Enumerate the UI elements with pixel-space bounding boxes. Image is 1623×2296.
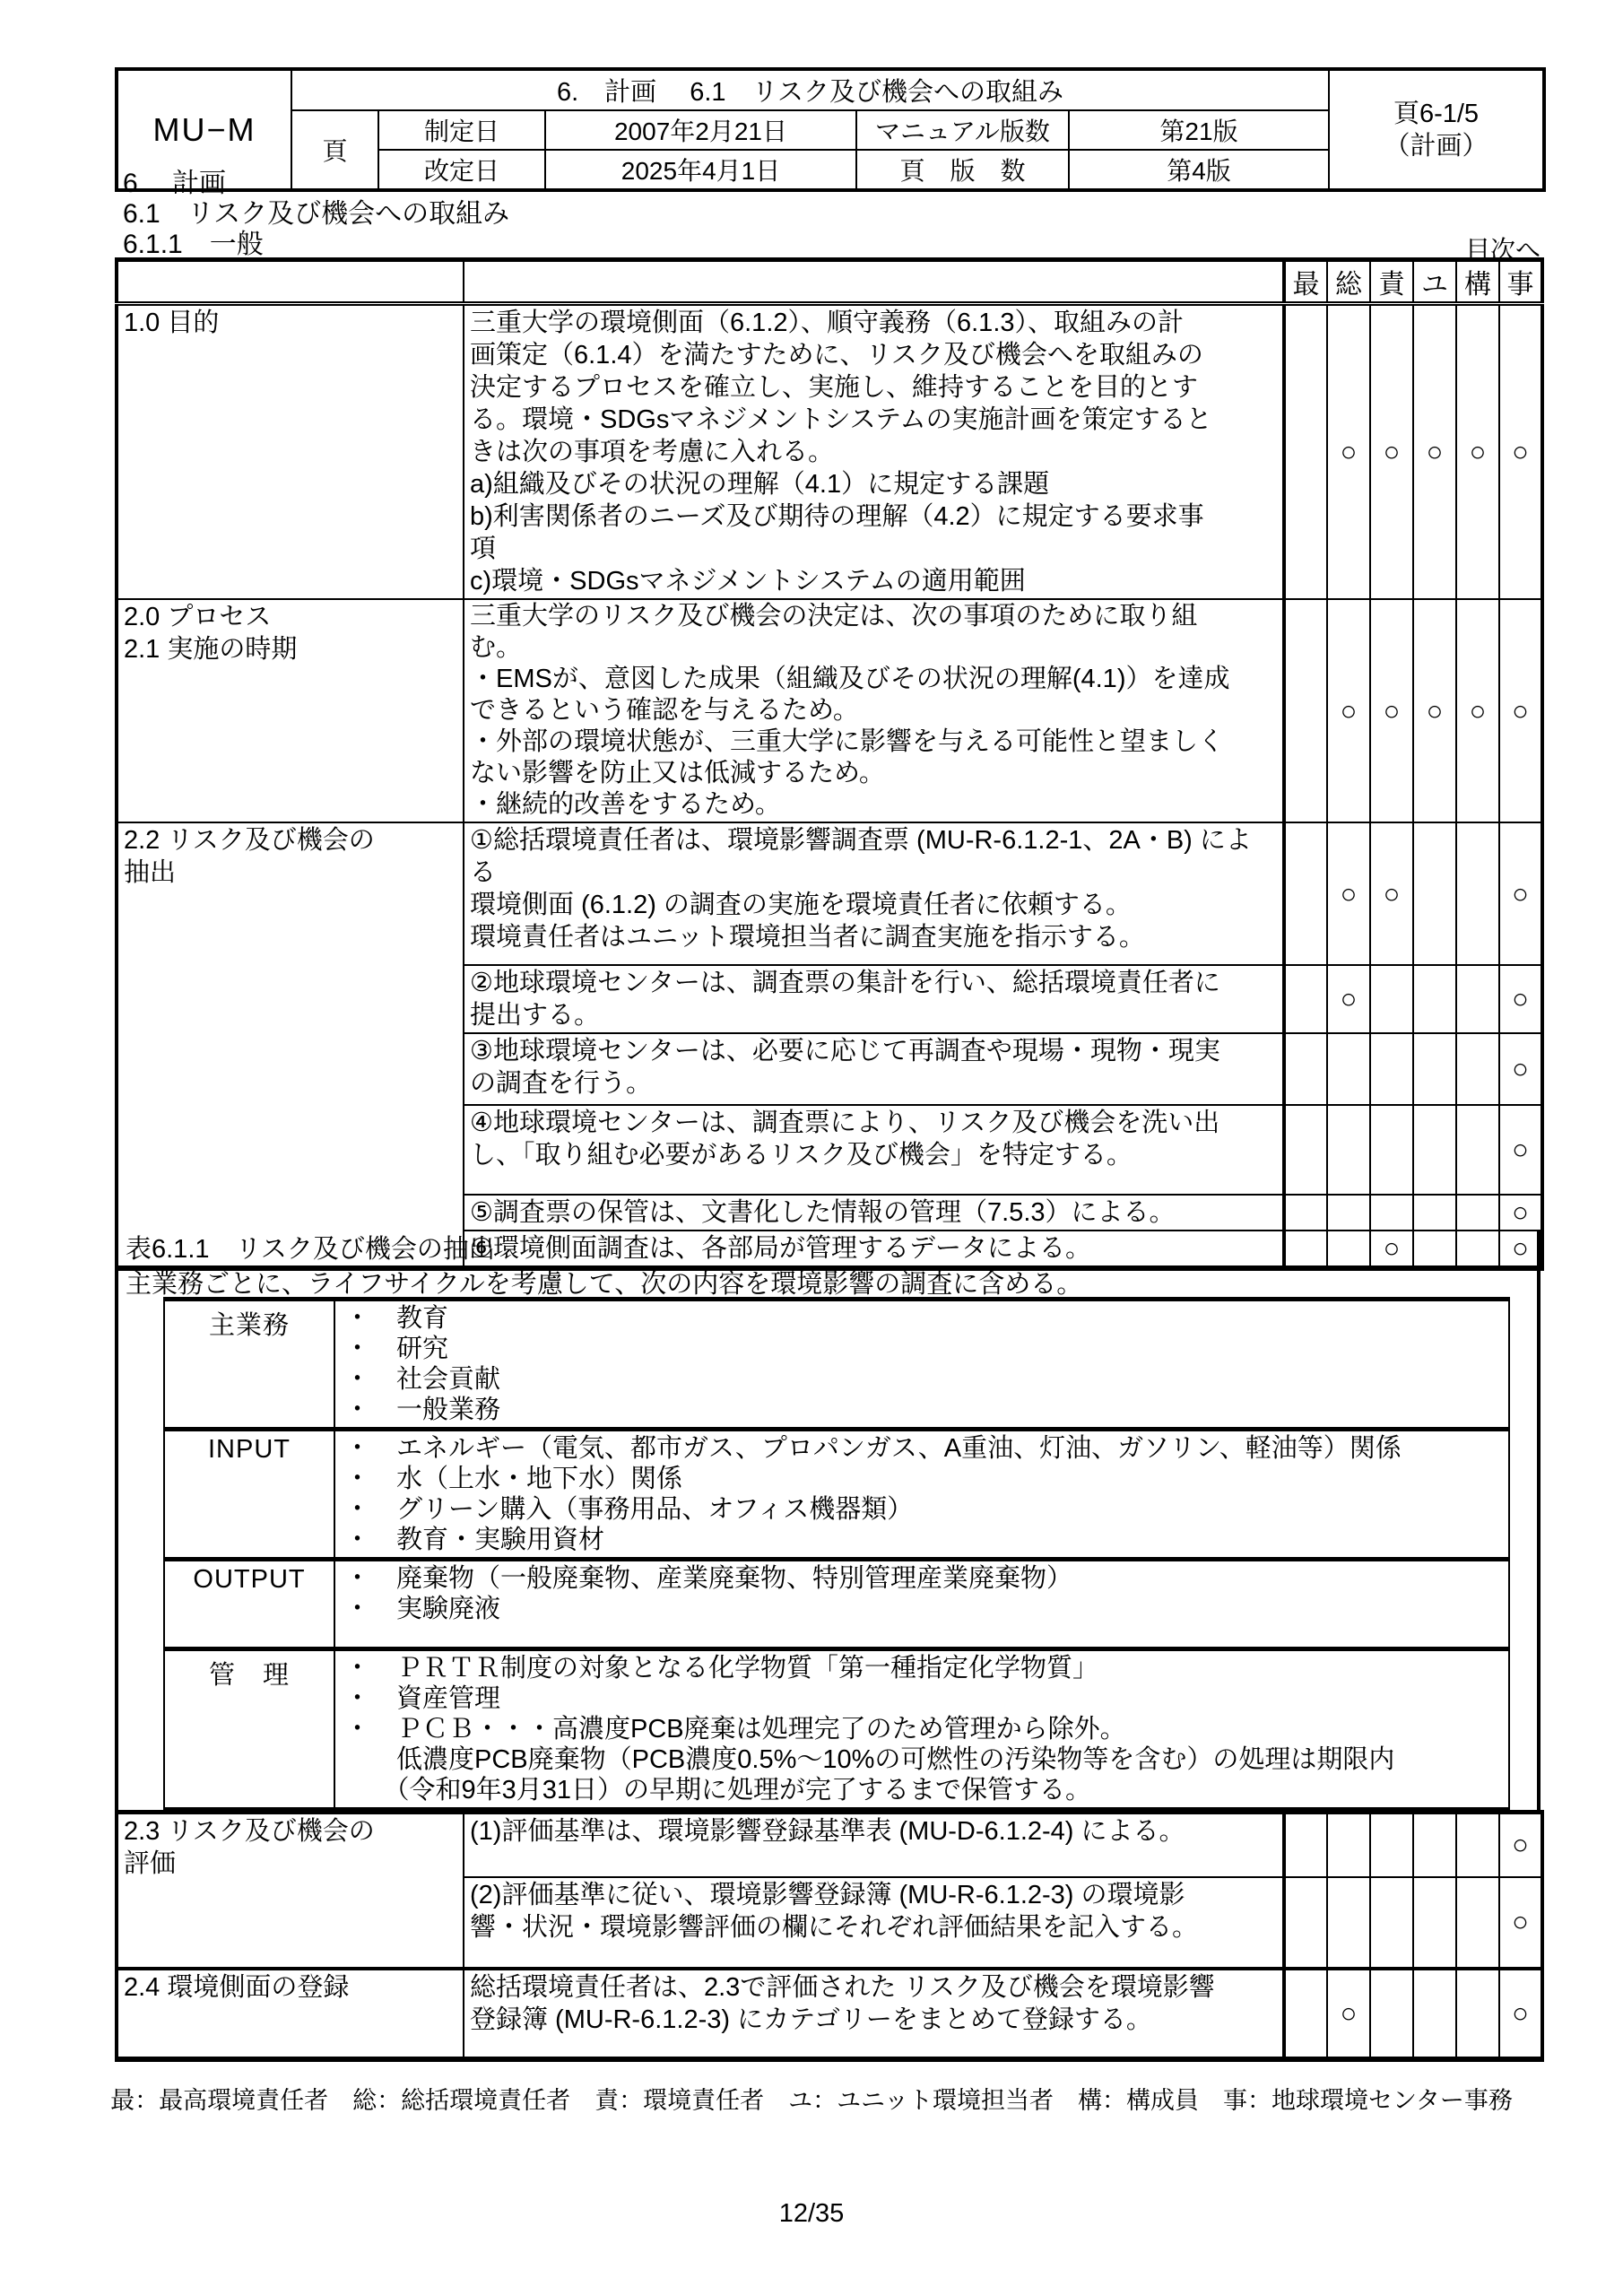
heading-section: 6.1 リスク及び機会への取組み (123, 199, 509, 230)
list-item: ・ 水（上水・地下水）関係 (344, 1464, 1499, 1494)
role-col-header: 総 (1327, 260, 1370, 304)
text-line: b)利害関係者のニーズ及び期待の理解（4.2）に規定する要求事 (470, 500, 1277, 533)
list-item: ・ 教育・実験用資材 (344, 1525, 1499, 1555)
doc-title: 6. 計画 6.1 リスク及び機会への取組み (291, 69, 1329, 110)
row-label-cell: 2.0 プロセス 2.1 実施の時期 (117, 599, 464, 822)
category-label: INPUT (164, 1430, 334, 1560)
role-col-header: 事 (1499, 260, 1542, 304)
category-label: 主業務 (164, 1300, 334, 1430)
mark-cell: ○ (1499, 1105, 1542, 1195)
text-line: 三重大学の環境側面（6.1.2）、順守義務（6.1.3）、取組みの計 (470, 307, 1277, 339)
mark-cell (1327, 1105, 1370, 1195)
mark-cell (1413, 1969, 1456, 2059)
row-label: 1.0 目的 (124, 307, 457, 339)
page-ref-number: 頁6-1/5 (1331, 98, 1541, 130)
mark-cell (1456, 1033, 1499, 1105)
mark-cell: ○ (1413, 304, 1456, 600)
mark-cell: ○ (1499, 304, 1542, 600)
revised-date-value: 2025年4月1日 (545, 150, 856, 190)
text-line: の調査を行う。 (470, 1067, 1277, 1100)
page-number: 12/35 (0, 2199, 1623, 2229)
mark-cell: ○ (1499, 965, 1542, 1033)
text-line: 画策定（6.1.4）を満たすために、リスク及び機会へを取組みの (470, 339, 1277, 371)
category-items: ・ 教育 ・ 研究 ・ 社会貢献 ・ 一般業務 (334, 1300, 1509, 1430)
row-label-cell: 1.0 目的 (117, 304, 464, 600)
mark-cell (1456, 822, 1499, 965)
mark-cell: ○ (1370, 304, 1413, 600)
row-label: 2.1 実施の時期 (124, 633, 457, 665)
mark-cell (1370, 1033, 1413, 1105)
category-items: ・ 廃棄物（一般廃棄物、産業廃棄物、特別管理産業廃棄物） ・ 実験廃液 (334, 1560, 1509, 1649)
mark-cell (1413, 1033, 1456, 1105)
manual-version-label: マニュアル版数 (856, 110, 1069, 150)
row-label: 抽出 (124, 857, 457, 889)
row-label: 2.3 リスク及び機会の (124, 1815, 457, 1848)
text-line: きは次の事項を考慮に入れる。 (470, 436, 1277, 468)
mark-cell (1456, 965, 1499, 1033)
mark-cell (1413, 965, 1456, 1033)
row-label: 2.0 プロセス (124, 601, 457, 633)
text-line: (1)評価基準は、環境影響登録基準表 (MU-D-6.1.2-4) による。 (470, 1815, 1277, 1848)
mark-cell (1456, 1877, 1499, 1969)
row-label-cell: 2.3 リスク及び機会の 評価 (117, 1813, 464, 1969)
table-611-note: 主業務ごとに、ライフサイクルを考慮して、次の内容を環境影響の調査に含める。 (118, 1269, 1537, 1300)
row-content-cell: 総括環境責任者は、2.3で評価された リスク及び機会を環境影響 登録簿 (MU-… (464, 1969, 1284, 2059)
table-row: 管 理 ・ ＰＲＴＲ制度の対象となる化学物質「第一種指定化学物質」 ・ 資産管理… (164, 1649, 1509, 1810)
list-item: ・ 教育 (344, 1303, 1499, 1334)
table-row: INPUT ・ エネルギー（電気、都市ガス、プロパンガス、A重油、灯油、ガソリン… (164, 1430, 1509, 1560)
list-item: ・ ＰＲＴＲ制度の対象となる化学物質「第一種指定化学物質」 (344, 1653, 1499, 1683)
mark-cell: ○ (1456, 599, 1499, 822)
section-headings: 6. 計画 6.1 リスク及び機会への取組み 6.1.1 一般 (123, 169, 509, 260)
list-item: ・ ＰＣＢ・・・高濃度PCB廃棄は処理完了のため管理から除外。 (344, 1714, 1499, 1744)
table-row: 2.3 リスク及び機会の 評価 (1)評価基準は、環境影響登録基準表 (MU-D… (117, 1813, 1542, 1877)
row-content-cell: ②地球環境センターは、調査票の集計を行い、総括環境責任者に 提出する。 (464, 965, 1284, 1033)
heading-subsection: 6.1.1 一般 (123, 230, 509, 260)
mark-cell: ○ (1327, 822, 1370, 965)
role-col-header: 最 (1284, 260, 1327, 304)
mark-cell: ○ (1499, 599, 1542, 822)
text-line: 環境側面 (6.1.2) の調査の実施を環境責任者に依頼する。 (470, 889, 1277, 921)
role-col-header: 責 (1370, 260, 1413, 304)
text-line: ・EMSが、意図した成果（組織及びその状況の理解(4.1)）を達成 (470, 664, 1277, 695)
page-version-value: 第4版 (1069, 150, 1329, 190)
mark-cell: ○ (1327, 1969, 1370, 2059)
category-label: OUTPUT (164, 1560, 334, 1649)
list-item: ・ 資産管理 (344, 1683, 1499, 1714)
mark-cell (1413, 822, 1456, 965)
mark-cell (1456, 1813, 1499, 1877)
list-item: ・ 研究 (344, 1334, 1499, 1364)
role-col-header: ユ (1413, 260, 1456, 304)
mark-cell: ○ (1499, 822, 1542, 965)
mark-cell (1370, 1813, 1413, 1877)
category-items: ・ エネルギー（電気、都市ガス、プロパンガス、A重油、灯油、ガソリン、軽油等）関… (334, 1430, 1509, 1560)
category-label: 管 理 (164, 1649, 334, 1810)
table-row: 主業務 ・ 教育 ・ 研究 ・ 社会貢献 ・ 一般業務 (164, 1300, 1509, 1430)
mark-cell: ○ (1499, 1877, 1542, 1969)
mark-cell (1327, 1813, 1370, 1877)
mark-cell: ○ (1499, 1195, 1542, 1231)
row-label: 評価 (124, 1848, 457, 1880)
text-line: ・継続的改善をするため。 (470, 789, 1277, 821)
text-line: む。 (470, 632, 1277, 664)
enacted-date-value: 2007年2月21日 (545, 110, 856, 150)
table-611-section: 表6.1.1 リスク及び機会の抽出 主業務ごとに、ライフサイクルを考慮して、次の… (115, 1231, 1541, 1810)
text-line: る。環境・SDGsマネジメントシステムの実施計画を策定すると (470, 404, 1277, 436)
table-row: 1.0 目的 三重大学の環境側面（6.1.2）、順守義務（6.1.3）、取組みの… (117, 304, 1542, 600)
mark-cell: ○ (1370, 599, 1413, 822)
mark-cell (1284, 1195, 1327, 1231)
abbreviation-legend: 最：最高環境責任者 総：総括環境責任者 責：環境責任者 ユ：ユニット環境担当者 … (0, 2081, 1623, 2116)
mark-cell: ○ (1499, 1033, 1542, 1105)
list-item: （令和9年3月31日）の早期に処理が完了するまで保管する。 (344, 1775, 1499, 1805)
table-row: OUTPUT ・ 廃棄物（一般廃棄物、産業廃棄物、特別管理産業廃棄物） ・ 実験… (164, 1560, 1509, 1649)
page-ref-section: （計画） (1331, 130, 1541, 162)
mark-cell (1284, 1969, 1327, 2059)
mark-cell (1284, 599, 1327, 822)
lifecycle-table: 主業務 ・ 教育 ・ 研究 ・ 社会貢献 ・ 一般業務 INPUT ・ エネルギ… (163, 1297, 1510, 1812)
list-item: ・ 廃棄物（一般廃棄物、産業廃棄物、特別管理産業廃棄物） (344, 1563, 1499, 1594)
table-row: 2.0 プロセス 2.1 実施の時期 三重大学のリスク及び機会の決定は、次の事項… (117, 599, 1542, 822)
page-ref: 頁6-1/5 （計画） (1329, 69, 1544, 190)
mark-cell (1413, 1195, 1456, 1231)
text-line: 決定するプロセスを確立し、実施し、維持することを目的とす (470, 371, 1277, 404)
mark-cell: ○ (1499, 1813, 1542, 1877)
list-item: 低濃度PCB廃棄物（PCB濃度0.5%～10%の可燃性の汚染物等を含む）の処理は… (344, 1744, 1499, 1775)
empty-cell (464, 260, 1284, 304)
mark-cell (1370, 1877, 1413, 1969)
text-line: c)環境・SDGsマネジメントシステムの適用範囲 (470, 565, 1277, 597)
empty-cell (117, 260, 464, 304)
mark-cell (1370, 965, 1413, 1033)
text-line: 提出する。 (470, 999, 1277, 1031)
row-content-cell: ①総括環境責任者は、環境影響調査票 (MU-R-6.1.2-1、2A・B) によ… (464, 822, 1284, 965)
row-label: 2.4 環境側面の登録 (124, 1971, 457, 2004)
row-content-cell: ③地球環境センターは、必要に応じて再調査や現場・現物・現実 の調査を行う。 (464, 1033, 1284, 1105)
mark-cell: ○ (1413, 599, 1456, 822)
row-content-cell: (1)評価基準は、環境影響登録基準表 (MU-D-6.1.2-4) による。 (464, 1813, 1284, 1877)
mark-cell (1370, 1105, 1413, 1195)
mark-cell (1370, 1969, 1413, 2059)
text-line: ③地球環境センターは、必要に応じて再調査や現場・現物・現実 (470, 1035, 1277, 1067)
text-line: できるという確認を与えるため。 (470, 695, 1277, 726)
mark-cell (1284, 1105, 1327, 1195)
list-item: ・ 社会貢献 (344, 1364, 1499, 1395)
main-table: 最 総 責 ユ 構 事 1.0 目的 三重大学の環境側面（6.1.2）、順守義務… (115, 257, 1544, 1271)
mark-cell (1284, 965, 1327, 1033)
mark-cell (1284, 1813, 1327, 1877)
text-line: 項 (470, 533, 1277, 565)
manual-version-value: 第21版 (1069, 110, 1329, 150)
mark-cell (1456, 1105, 1499, 1195)
row-content-cell: (2)評価基準に従い、環境影響登録簿 (MU-R-6.1.2-3) の環境影 響… (464, 1877, 1284, 1969)
row-label-cell: 2.4 環境側面の登録 (117, 1969, 464, 2059)
table-611-caption: 表6.1.1 リスク及び機会の抽出 (118, 1234, 1537, 1265)
text-line: (2)評価基準に従い、環境影響登録簿 (MU-R-6.1.2-3) の環境影 (470, 1879, 1277, 1911)
mark-cell (1327, 1033, 1370, 1105)
row-content-cell: ④地球環境センターは、調査票により、リスク及び機会を洗い出 し、「取り組む必要が… (464, 1105, 1284, 1195)
row-content-cell: ⑤調査票の保管は、文書化した情報の管理（7.5.3）による。 (464, 1195, 1284, 1231)
table-row: 2.4 環境側面の登録 総括環境責任者は、2.3で評価された リスク及び機会を環… (117, 1969, 1542, 2059)
mark-cell: ○ (1327, 599, 1370, 822)
text-line: 登録簿 (MU-R-6.1.2-3) にカテゴリーをまとめて登録する。 (470, 2004, 1277, 2036)
text-line: 環境責任者はユニット環境担当者に調査実施を指示する。 (470, 921, 1277, 953)
mark-cell (1413, 1877, 1456, 1969)
table-row: 2.2 リスク及び機会の 抽出 ①総括環境責任者は、環境影響調査票 (MU-R-… (117, 822, 1542, 965)
mark-cell: ○ (1499, 1969, 1542, 2059)
mark-cell (1284, 822, 1327, 965)
mark-cell: ○ (1327, 304, 1370, 600)
list-item: ・ グリーン購入（事務用品、オフィス機器類） (344, 1494, 1499, 1525)
mark-cell: ○ (1327, 965, 1370, 1033)
text-line: 響・状況・環境影響評価の欄にそれぞれ評価結果を記入する。 (470, 1911, 1277, 1944)
category-items: ・ ＰＲＴＲ制度の対象となる化学物質「第一種指定化学物質」 ・ 資産管理 ・ Ｐ… (334, 1649, 1509, 1810)
text-line: a)組織及びその状況の理解（4.1）に規定する課題 (470, 468, 1277, 500)
text-line: ない影響を防止又は低減するため。 (470, 758, 1277, 789)
text-line: ⑤調査票の保管は、文書化した情報の管理（7.5.3）による。 (470, 1196, 1277, 1229)
text-line: ②地球環境センターは、調査票の集計を行い、総括環境責任者に (470, 967, 1277, 999)
heading-chapter: 6. 計画 (123, 169, 509, 199)
row-content-cell: 三重大学のリスク及び機会の決定は、次の事項のために取り組 む。 ・EMSが、意図… (464, 599, 1284, 822)
text-line: ④地球環境センターは、調査票により、リスク及び機会を洗い出 (470, 1107, 1277, 1139)
mark-cell (1284, 304, 1327, 600)
text-line: し、「取り組む必要があるリスク及び機会」を特定する。 (470, 1139, 1277, 1171)
list-item: ・ エネルギー（電気、都市ガス、プロパンガス、A重油、灯油、ガソリン、軽油等）関… (344, 1433, 1499, 1464)
mark-cell (1327, 1877, 1370, 1969)
page-version-label: 頁 版 数 (856, 150, 1069, 190)
role-col-header: 構 (1456, 260, 1499, 304)
document-page: MU−M 6. 計画 6.1 リスク及び機会への取組み 頁6-1/5 （計画） … (0, 0, 1623, 2296)
evaluation-table: 2.3 リスク及び機会の 評価 (1)評価基準は、環境影響登録基準表 (MU-D… (115, 1810, 1544, 2062)
text-line: 三重大学のリスク及び機会の決定は、次の事項のために取り組 (470, 601, 1277, 632)
mark-cell: ○ (1456, 304, 1499, 600)
row-label: 2.2 リスク及び機会の (124, 824, 457, 857)
list-item: ・ 実験廃液 (344, 1594, 1499, 1624)
text-line: ①総括環境責任者は、環境影響調査票 (MU-R-6.1.2-1、2A・B) によ… (470, 824, 1277, 889)
mark-cell (1284, 1033, 1327, 1105)
mark-cell (1284, 1877, 1327, 1969)
row-content-cell: 三重大学の環境側面（6.1.2）、順守義務（6.1.3）、取組みの計 画策定（6… (464, 304, 1284, 600)
mark-cell (1413, 1813, 1456, 1877)
mark-cell (1370, 1195, 1413, 1231)
mark-cell (1327, 1195, 1370, 1231)
mark-cell (1456, 1969, 1499, 2059)
text-line: 総括環境責任者は、2.3で評価された リスク及び機会を環境影響 (470, 1971, 1277, 2004)
list-item: ・ 一般業務 (344, 1395, 1499, 1425)
role-header-row: 最 総 責 ユ 構 事 (117, 260, 1542, 304)
mark-cell (1456, 1195, 1499, 1231)
mark-cell: ○ (1370, 822, 1413, 965)
mark-cell (1413, 1105, 1456, 1195)
text-line: ・外部の環境状態が、三重大学に影響を与える可能性と望ましく (470, 726, 1277, 758)
row-label-cell: 2.2 リスク及び機会の 抽出 (117, 822, 464, 1268)
enacted-date-label: 制定日 (378, 110, 545, 150)
